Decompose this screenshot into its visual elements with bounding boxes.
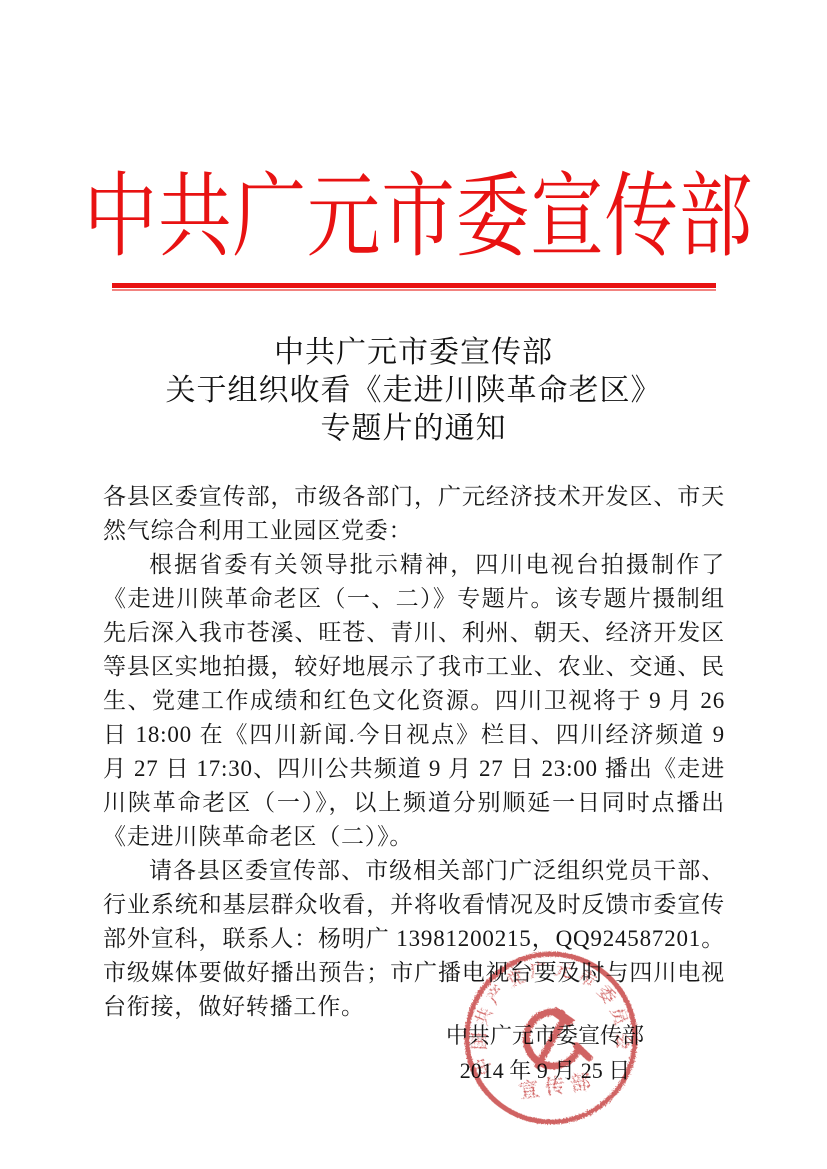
- title-line-1: 中共广元市委宣传部: [0, 334, 827, 372]
- letterhead-org-name: 中共广元市委宣传部: [84, 163, 754, 271]
- document-title: 中共广元市委宣传部 关于组织收看《走进川陕革命老区》 专题片的通知: [0, 334, 827, 448]
- document-page: 中共广元市委宣传部 中共广元市委宣传部 关于组织收看《走进川陕革命老区》 专题片…: [0, 0, 827, 1169]
- body-paragraph-1: 根据省委有关领导批示精神，四川电视台拍摄制作了《走进川陕革命老区（一、二）》专题…: [103, 548, 725, 854]
- title-line-2: 关于组织收看《走进川陕革命老区》: [0, 372, 827, 410]
- letterhead: 中共广元市委宣传部: [0, 163, 827, 271]
- divider-thin-line: [112, 289, 716, 291]
- seal-department-text: 宣传部: [518, 1069, 598, 1103]
- document-body: 各县区委宣传部，市级各部门，广元经济技术开发区、市天然气综合利用工业园区党委： …: [103, 480, 725, 1024]
- letterhead-divider: [112, 283, 716, 291]
- hammer-sickle-icon: [522, 1003, 589, 1069]
- divider-thick-line: [112, 283, 716, 288]
- official-seal: 中国共产党广元市委员会 宣传部: [449, 936, 652, 1139]
- seal-graphic: 中国共产党广元市委员会 宣传部: [449, 936, 652, 1139]
- title-line-3: 专题片的通知: [0, 410, 827, 448]
- salutation: 各县区委宣传部，市级各部门，广元经济技术开发区、市天然气综合利用工业园区党委：: [103, 480, 725, 548]
